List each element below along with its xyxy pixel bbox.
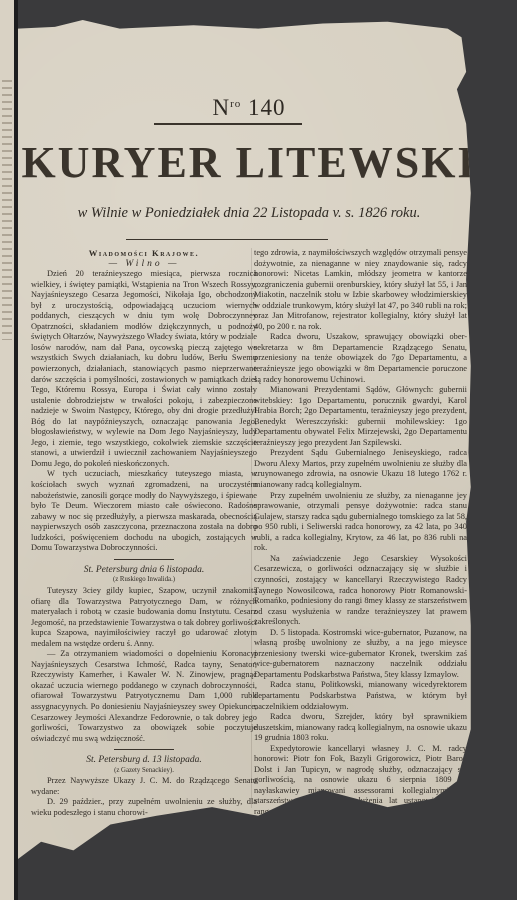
article-paragraph: Radca honorowy, Hildebrandt, jeometra po… [254, 818, 467, 829]
section-heading: Wiadomości Krajowe. [31, 248, 257, 259]
adjacent-page-text [2, 80, 12, 340]
article-paragraph: Expedytorowie kancellaryi własney J. C. … [254, 744, 467, 818]
article-paragraph: — Za otrzymaniem wiadomości o dopełnieni… [31, 649, 257, 744]
binding-gutter [14, 0, 18, 900]
masthead-rule-top [154, 123, 302, 125]
masthead-rule-bottom [126, 239, 328, 240]
newspaper-page: Nro 140 KURYER LITEWSKI w Wilnie w Ponie… [18, 20, 480, 885]
story-dateline: St. Petersburg d. 13 listopada. [31, 755, 257, 766]
article-paragraph: W tych uczuciach, mieszkańcy tuteyszego … [31, 469, 257, 553]
section-separator [114, 749, 174, 750]
issue-number: Nro 140 [18, 95, 480, 121]
article-paragraph: Radca dworu, Uszakow, sprawujący obowiąz… [254, 332, 467, 385]
issue-number-value: 140 [248, 95, 286, 120]
dateline: w Wilnie w Poniedziałek dnia 22 Listopad… [18, 205, 480, 222]
right-column: tego zdrowia, z naymiłościwszych względó… [254, 248, 467, 828]
story-source: (z Gazety Senackiey). [31, 766, 257, 777]
story-dateline: St. Petersburg dnia 6 listopada. [31, 565, 257, 576]
article-paragraph: Radca stanu, Politkowski, mianowany wice… [254, 680, 467, 712]
article-paragraph: Dzień 20 teraźnieyszego miesiąca, pierws… [31, 269, 257, 469]
article-paragraph: D. 29 paździer., przy zupełném uwolnieni… [31, 797, 257, 818]
section-separator [114, 559, 174, 560]
article-paragraph: tego zdrowia, z naymiłościwszych względó… [254, 248, 467, 332]
issue-number-suffix: ro [230, 98, 241, 110]
article-paragraph: Radca dworu, Szrejder, który był sprawni… [254, 712, 467, 744]
issue-number-prefix: N [212, 95, 230, 120]
article-paragraph: Prezydent Sądu Gubernialnego Jeniseyskie… [254, 448, 467, 490]
story-source: (z Ruskiego Inwalida.) [31, 575, 257, 586]
article-paragraph: Przy zupełném uwolnieniu ze służby, za n… [254, 491, 467, 554]
article-paragraph: Tuteyszy 3ciey gildy kupiec, Szapow, ucz… [31, 586, 257, 649]
newspaper-title: KURYER LITEWSKI [18, 137, 480, 188]
article-paragraph: Na zaświadczenie Jego Cesarskiey Wysokoś… [254, 554, 467, 628]
article-paragraph: D. 5 listopada. Kostromski wice-gubernat… [254, 628, 467, 681]
article-paragraph: Mianowani Prezydentami Sądów, Głównych: … [254, 385, 467, 448]
article-paragraph: Przez Naywyższe Ukazy J. C. M. do Rządzą… [31, 776, 257, 797]
adjacent-page-strip [0, 0, 14, 900]
left-column: Wiadomości Krajowe. — Wilno — Dzień 20 t… [31, 248, 257, 818]
place-heading: — Wilno — [31, 259, 257, 270]
